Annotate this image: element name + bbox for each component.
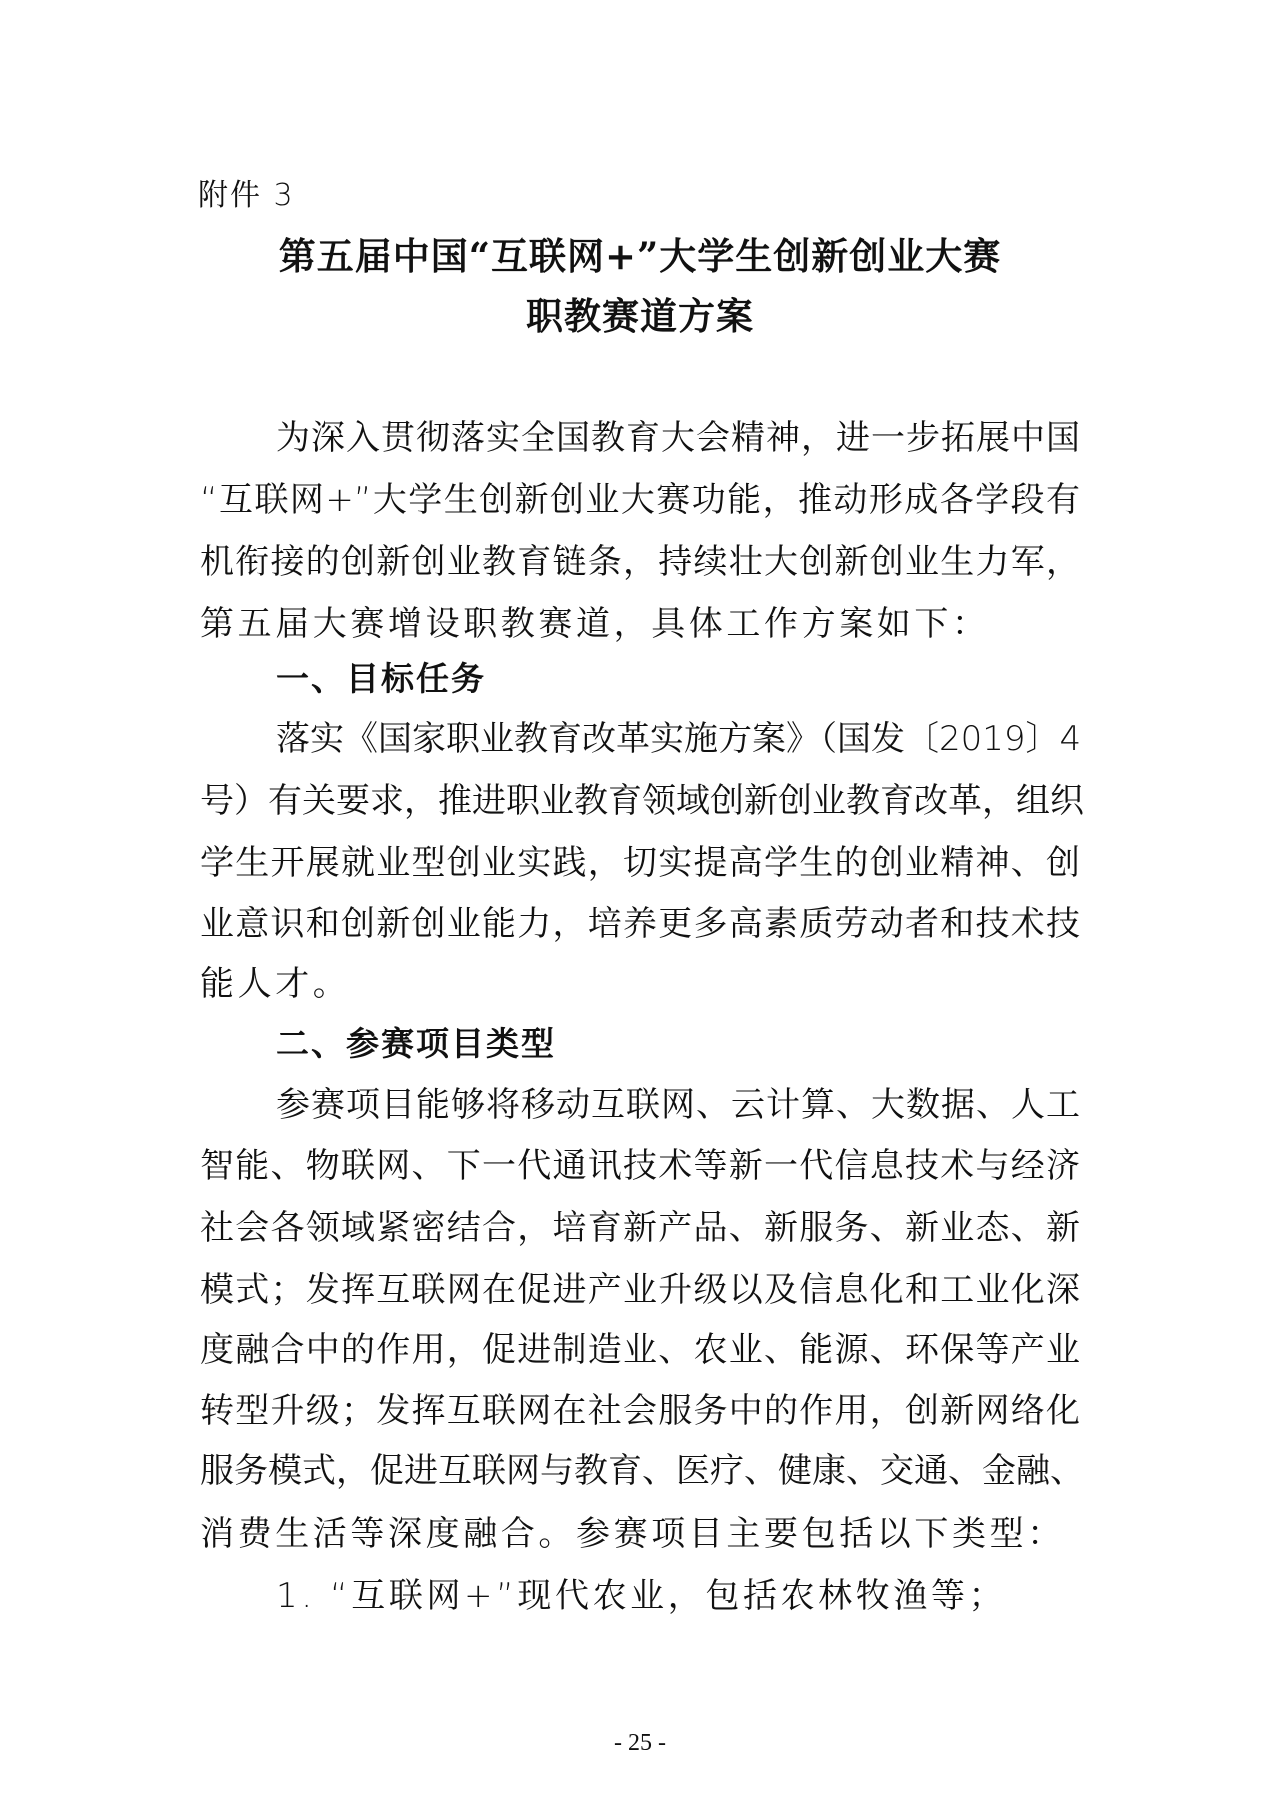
paragraph-line: 服务模式，促进互联网与教育、医疗、健康、交通、金融、: [200, 1449, 1080, 1493]
paragraph-line: 模式；发挥互联网在促进产业升级以及信息化和工业化深: [200, 1268, 1080, 1312]
paragraph-line: 社会各领域紧密结合，培育新产品、新服务、新业态、新: [200, 1206, 1080, 1250]
paragraph-line: 号）有关要求，推进职业教育领域创新创业教育改革，组织: [200, 779, 1080, 823]
paragraph-line: 消费生活等深度融合。参赛项目主要包括以下类型：: [200, 1512, 1080, 1556]
intro-line: 第五届大赛增设职教赛道，具体工作方案如下：: [200, 602, 1080, 646]
intro-line: 机衔接的创新创业教育链条，持续壮大创新创业生力军，: [200, 540, 1080, 584]
intro-line: “互联网+”大学生创新创业大赛功能，推动形成各学段有: [200, 478, 1080, 522]
paragraph-line: 参赛项目能够将移动互联网、云计算、大数据、人工: [276, 1083, 1080, 1127]
paragraph-line: 度融合中的作用，促进制造业、农业、能源、环保等产业: [200, 1328, 1080, 1372]
list-item: 1. “互联网+”现代农业，包括农林牧渔等；: [276, 1574, 1080, 1618]
section-heading-project-types: 二、参赛项目类型: [276, 1022, 556, 1066]
intro-line: 为深入贯彻落实全国教育大会精神，进一步拓展中国: [276, 416, 1080, 460]
paragraph-line: 业意识和创新创业能力，培养更多高素质劳动者和技术技: [200, 902, 1080, 946]
paragraph-line: 智能、物联网、下一代通讯技术等新一代信息技术与经济: [200, 1144, 1080, 1188]
paragraph-line: 转型升级；发挥互联网在社会服务中的作用，创新网络化: [200, 1389, 1080, 1433]
section-heading-goals: 一、目标任务: [276, 657, 486, 701]
paragraph-line: 能人才。: [200, 962, 1080, 1006]
page-number: - 25 -: [0, 1730, 1280, 1757]
document-title-line-1: 第五届中国“互联网+”大学生创新创业大赛: [0, 226, 1280, 280]
paragraph-line: 落实《国家职业教育改革实施方案》（国发〔2019〕4: [276, 717, 1080, 761]
document-page: 附件 3 第五届中国“互联网+”大学生创新创业大赛 职教赛道方案 为深入贯彻落实…: [0, 0, 1280, 1810]
document-title-line-2: 职教赛道方案: [0, 286, 1280, 340]
attachment-label: 附件 3: [198, 170, 295, 214]
paragraph-line: 学生开展就业型创业实践，切实提高学生的创业精神、创: [200, 841, 1080, 885]
